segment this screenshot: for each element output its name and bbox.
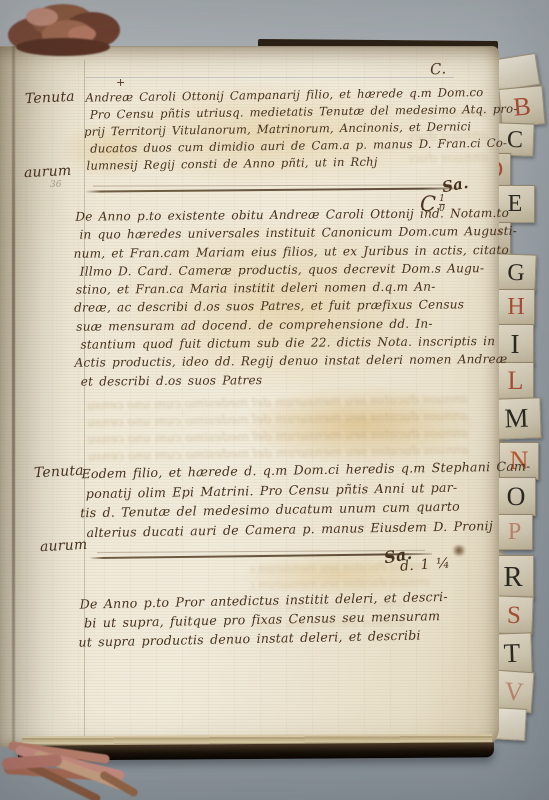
tab-letter: E <box>508 192 523 216</box>
handwriting-line: et describi d.os suos Patres <box>81 369 469 391</box>
cross-mark: + <box>116 76 125 89</box>
tab-letter: I <box>511 331 520 358</box>
tab-p: P <box>496 514 533 550</box>
ghost-bleedthrough: annuos ducatos seu mensuram del medesimo… <box>87 391 468 466</box>
tab-letter: V <box>504 678 525 705</box>
wool-strand <box>16 38 110 56</box>
margin-note-aurum: aurum <box>24 163 72 181</box>
tab-letter: O <box>507 484 526 510</box>
tab-letter: R <box>503 563 522 592</box>
margin-note-tenuta: Tenuta <box>25 89 76 108</box>
tab-o: O <box>496 477 536 516</box>
entry-paragraph-3: Eodem filio, et hærede d. q.m Dom.ci her… <box>81 458 454 543</box>
binding-tassel <box>2 740 147 800</box>
margin-note-tenuta: Tenuta <box>34 463 85 482</box>
entry-paragraph-2: De Anno p.to existente obitu Andreæ Caro… <box>75 204 469 390</box>
manuscript-photo: B C D E F G H I L M N O P R S T V annuos… <box>0 0 549 800</box>
wool-strand <box>26 8 58 26</box>
tab-letter: G <box>507 260 525 285</box>
entry-paragraph-4: De Anno p.to Pror antedictus institit de… <box>79 587 428 652</box>
tab-s: S <box>494 595 533 634</box>
tab-letter: C <box>507 127 524 152</box>
gutter-crease <box>12 46 15 746</box>
tab-letter: M <box>504 405 529 433</box>
margin-note-aurum: aurum <box>40 537 88 555</box>
tab-letter: S <box>507 602 522 627</box>
tab-l: L <box>497 362 534 400</box>
entry-paragraph-1: Andreæ Caroli Ottonij Campanarij filio, … <box>85 84 466 174</box>
tab-letter: P <box>508 520 521 544</box>
tab-letter: H <box>507 295 524 319</box>
tab-letter: L <box>508 368 524 394</box>
tab-h: H <box>497 289 535 325</box>
faint-ruling-line <box>86 77 454 78</box>
binding-wool-tuft <box>8 0 140 62</box>
pencil-number: 36 <box>50 180 61 190</box>
tab-letter: T <box>503 640 520 668</box>
fraction-numerator: 1 <box>439 195 445 204</box>
folio-mark: C. <box>429 59 447 78</box>
tab-g: G <box>495 253 536 291</box>
ink-blot <box>452 545 466 556</box>
handwriting-line: Actis productis, ideo dd. Regij denuo in… <box>74 351 468 373</box>
